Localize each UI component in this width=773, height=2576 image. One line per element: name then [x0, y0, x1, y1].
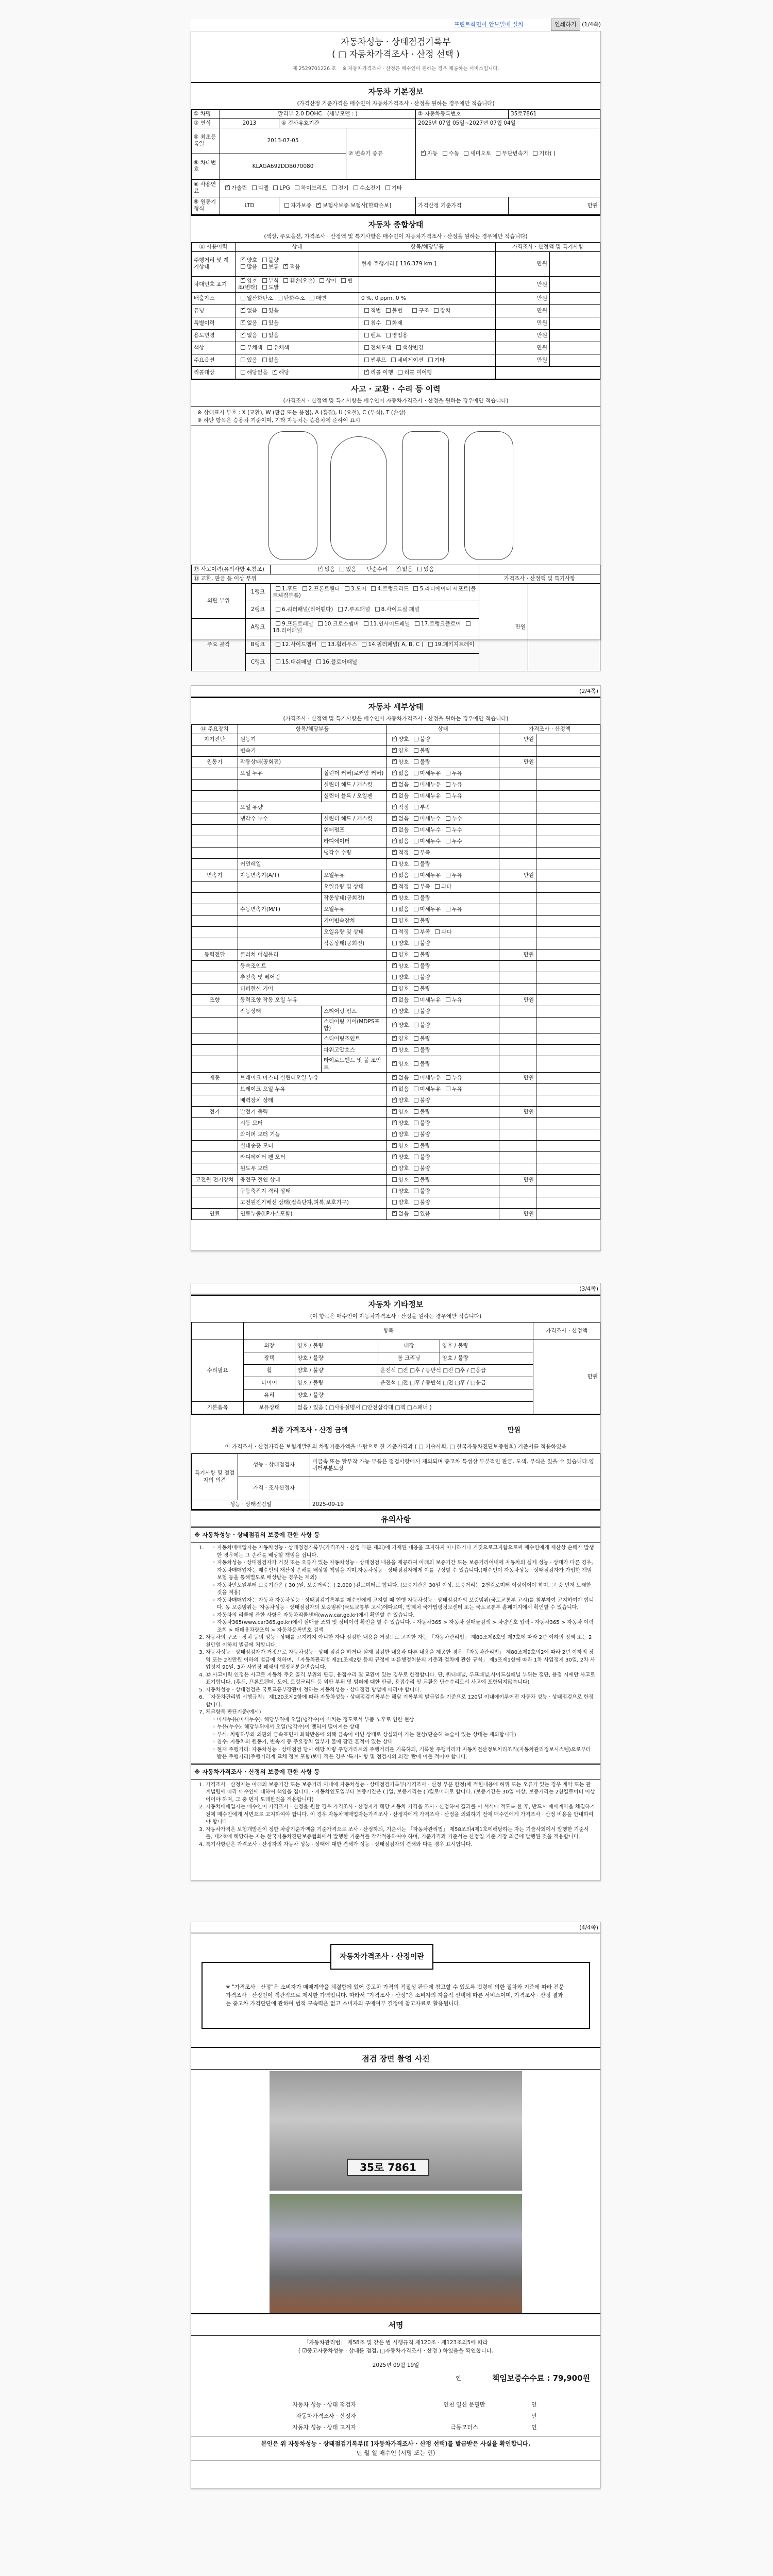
checkbox-label: 불량	[420, 952, 430, 958]
checkbox[interactable]	[310, 296, 314, 300]
item-label: 고전원전기배선 상태(접속단자,피복,보호기구)	[238, 1197, 387, 1208]
checkbox[interactable]	[392, 929, 397, 934]
state-cell: 없음 미세누유 누유	[387, 995, 499, 1006]
checkbox[interactable]	[414, 1166, 418, 1171]
label: ① 차명	[192, 109, 220, 118]
checkbox[interactable]	[262, 285, 267, 290]
checkbox[interactable]	[414, 782, 418, 787]
checkbox[interactable]	[364, 621, 368, 626]
checkbox[interactable]	[446, 997, 450, 1002]
device-label	[192, 814, 238, 825]
checkbox[interactable]	[364, 333, 369, 337]
checkbox[interactable]	[392, 1061, 397, 1066]
price-unit	[499, 768, 536, 779]
checkbox[interactable]	[398, 370, 402, 375]
checkbox[interactable]	[414, 1200, 418, 1205]
label: ③ 연식	[192, 118, 220, 128]
checkbox[interactable]	[392, 748, 397, 753]
checkbox[interactable]	[392, 1155, 397, 1159]
car-top-icon	[330, 436, 387, 560]
checkbox[interactable]	[273, 185, 278, 190]
checkbox[interactable]	[435, 884, 440, 889]
checkbox[interactable]	[414, 1047, 418, 1052]
checkbox[interactable]	[375, 607, 380, 612]
price-unit	[499, 1117, 536, 1129]
checkbox[interactable]	[392, 827, 397, 832]
checkbox[interactable]	[341, 278, 346, 283]
checkbox[interactable]	[414, 1211, 418, 1216]
checkbox-label: 미세누유	[420, 1075, 441, 1081]
checkbox[interactable]	[385, 185, 390, 190]
price-unit	[499, 1197, 536, 1208]
device-label	[192, 1056, 238, 1072]
checkbox[interactable]	[414, 975, 418, 979]
car-side-left-icon	[268, 431, 317, 560]
checkbox[interactable]	[392, 1109, 397, 1114]
checkbox[interactable]	[295, 185, 299, 190]
checkbox-label: 불량	[420, 736, 430, 742]
checkbox[interactable]	[464, 151, 468, 156]
table-row: 구동축전지 격리 상태양호 불량	[192, 1185, 600, 1197]
checkbox[interactable]	[332, 185, 337, 190]
signer-name	[397, 2412, 531, 2420]
checkbox[interactable]	[392, 816, 397, 821]
subitem-label: 스티어링 기어(MDPS포함)	[322, 1018, 387, 1033]
checkbox-label: 양호	[398, 918, 409, 924]
header-cell: ⑪ 사용이력	[192, 242, 236, 251]
checkbox[interactable]	[276, 659, 280, 664]
checkbox[interactable]	[354, 185, 358, 190]
price-unit: 만원	[496, 330, 550, 342]
checkbox[interactable]	[386, 320, 391, 325]
checkbox[interactable]	[443, 151, 447, 156]
state-cell: 적정 부족	[387, 802, 499, 814]
checkbox[interactable]	[446, 771, 450, 775]
checkbox[interactable]	[241, 296, 245, 300]
checkbox[interactable]	[320, 278, 324, 283]
state-cell: 양호 불량	[387, 1163, 499, 1174]
state-cell: 양호 불량	[387, 1018, 499, 1033]
checkbox[interactable]	[283, 278, 288, 283]
checkbox[interactable]	[446, 782, 450, 787]
checkbox[interactable]	[415, 621, 419, 626]
checkbox[interactable]	[392, 805, 397, 809]
checkbox[interactable]	[318, 567, 323, 571]
checkbox[interactable]	[318, 621, 323, 626]
checkbox-label: 기타( )	[539, 150, 556, 157]
checkbox[interactable]	[392, 1132, 397, 1137]
checkbox[interactable]	[446, 1087, 450, 1091]
checkbox-label: 미세누유	[420, 770, 441, 776]
checkbox[interactable]	[392, 861, 397, 866]
state-cell: 없음 있음	[236, 305, 359, 317]
checkbox-label: 보통	[268, 264, 279, 270]
checkbox[interactable]	[392, 850, 397, 855]
checkbox-label: 유채색	[274, 345, 289, 351]
checkbox[interactable]	[446, 873, 450, 877]
checkbox[interactable]	[434, 308, 439, 313]
checkbox[interactable]	[446, 907, 450, 911]
checkbox[interactable]	[446, 827, 450, 832]
price-unit	[499, 1083, 536, 1095]
checkbox-label: 없음	[398, 770, 409, 776]
checkbox-label: 불량	[420, 1199, 430, 1206]
checkbox[interactable]	[392, 918, 397, 923]
checkbox[interactable]	[262, 278, 267, 283]
checkbox[interactable]	[252, 185, 257, 190]
item-label	[238, 779, 322, 791]
checkbox[interactable]	[414, 771, 418, 775]
checkbox[interactable]	[414, 816, 418, 821]
note-item: 자동차의 구조 · 장치 등의 성능 · 상태를 고지하지 아니한 자나 점검한…	[206, 1634, 595, 1649]
checkbox[interactable]	[392, 1036, 397, 1041]
group-label: 주요 골격	[192, 619, 246, 671]
checkbox[interactable]	[421, 151, 426, 156]
table-row: 튜닝없음 있음적법 불법 구조 장치만원	[192, 305, 600, 317]
checkbox-label: 적법	[371, 308, 381, 314]
checkbox-label: 불량	[420, 1154, 430, 1160]
state-cell: 양호 / 불량	[295, 1365, 378, 1377]
subitem-label: 기어변속장치	[322, 916, 387, 927]
checkbox[interactable]	[392, 759, 397, 764]
checkbox[interactable]	[276, 642, 280, 647]
checkbox[interactable]	[414, 759, 418, 764]
price-unit	[499, 1056, 536, 1072]
device-label	[192, 768, 238, 779]
checkbox[interactable]	[414, 929, 418, 934]
checkbox[interactable]	[262, 358, 267, 362]
checkbox[interactable]	[262, 308, 267, 313]
checkbox[interactable]	[414, 918, 418, 923]
checkbox[interactable]	[386, 308, 391, 313]
checkbox[interactable]	[533, 151, 537, 156]
table-row: 라디에이터없음 미세누수 누수	[192, 836, 600, 848]
checkbox-label: 양호	[247, 257, 257, 263]
checkbox[interactable]	[414, 997, 418, 1002]
checkbox[interactable]	[392, 997, 397, 1002]
checkbox[interactable]	[316, 659, 321, 664]
checkbox[interactable]	[414, 1009, 418, 1013]
state-cell: 없음 미세누유 누유	[387, 791, 499, 802]
price-unit: 만원	[496, 354, 550, 367]
checkbox-label: 있음	[268, 320, 279, 326]
checkbox[interactable]	[392, 941, 397, 945]
checkbox[interactable]	[241, 320, 245, 325]
checkbox[interactable]	[392, 1087, 397, 1091]
checkbox[interactable]	[414, 941, 418, 945]
item-cell	[359, 276, 496, 292]
checkbox[interactable]	[392, 907, 397, 911]
row-label: 차대번호 표기	[192, 276, 236, 292]
price-unit	[499, 814, 536, 825]
checkbox[interactable]	[414, 850, 418, 855]
checkbox-label: 기타	[392, 185, 402, 191]
checkbox[interactable]	[414, 1061, 418, 1066]
checkbox[interactable]	[386, 333, 391, 337]
checkbox[interactable]	[392, 1211, 397, 1216]
checkbox[interactable]	[392, 782, 397, 787]
checkbox[interactable]	[435, 929, 440, 934]
checkbox[interactable]	[241, 308, 245, 313]
table-row: 전기발전기 출력양호 불량만원	[192, 1106, 600, 1117]
checkbox[interactable]	[414, 963, 418, 968]
state-cell: 양호 불량	[387, 916, 499, 927]
checkbox[interactable]	[414, 1109, 418, 1114]
note-item: 자동차성능 · 상태점검은 국토교통부장관이 정하는 자동차성능 · 상태점검 …	[206, 1687, 595, 1694]
item-label: 운전석 □전 □후 / 동반석 □전 □후 / □응급	[378, 1365, 533, 1377]
detail-table: ⑭ 주요장치항목/해당부품상태가격조사 · 산정액자기진단원동기양호 불량만원변…	[191, 724, 600, 1220]
checkbox[interactable]	[316, 203, 321, 208]
checkbox[interactable]	[322, 642, 326, 647]
state-cell: 없음 미세누유 누유	[387, 870, 499, 882]
checkbox[interactable]	[364, 370, 369, 375]
checkbox[interactable]	[392, 1075, 397, 1080]
checkbox[interactable]	[414, 1189, 418, 1193]
inspection-date: 2025-09-19	[310, 1500, 600, 1510]
section-title: 서명	[196, 2319, 595, 2330]
price-unit: 만원	[499, 1208, 536, 1219]
checkbox-label: 부족	[420, 850, 430, 856]
checkbox[interactable]	[364, 308, 369, 313]
checkbox[interactable]	[446, 793, 450, 798]
checkbox[interactable]	[428, 642, 433, 647]
checkbox[interactable]	[414, 805, 418, 809]
state-cell: 양호 불량	[387, 745, 499, 757]
checkbox[interactable]	[428, 358, 433, 362]
checkbox-label: 누유	[452, 793, 462, 799]
table-row: 조향동력조향 작동 오일 누유없음 미세누유 누유만원	[192, 995, 600, 1006]
device-label	[192, 825, 238, 836]
checkbox[interactable]	[283, 264, 288, 269]
checkbox[interactable]	[262, 264, 267, 269]
checkbox[interactable]	[446, 816, 450, 821]
checkbox[interactable]	[392, 1200, 397, 1205]
checkbox[interactable]	[273, 370, 277, 375]
label: ⑤ 최초등록일	[192, 128, 220, 154]
device-label	[192, 1197, 238, 1208]
checkbox[interactable]	[392, 1047, 397, 1052]
rank-label: B랭크	[246, 636, 271, 654]
checkbox[interactable]	[392, 963, 397, 968]
checkbox[interactable]	[413, 586, 418, 591]
device-label	[192, 859, 238, 870]
device-label	[192, 745, 238, 757]
checkbox[interactable]	[276, 607, 280, 612]
checkbox[interactable]	[276, 621, 280, 626]
checkbox[interactable]	[241, 264, 245, 269]
checkbox-label: 누유	[452, 1086, 462, 1092]
checkbox[interactable]	[241, 358, 245, 362]
checkbox[interactable]	[392, 884, 397, 889]
checkbox-label: 양호	[398, 1154, 409, 1160]
checkbox[interactable]	[225, 185, 230, 190]
item-label: 자동변속기(A/T)	[238, 870, 322, 882]
checkbox[interactable]	[414, 1155, 418, 1159]
table-row: 배출가스일산화탄소 탄화수소 매연0 %, 0 ppm, 0 %만원	[192, 293, 600, 305]
checkbox[interactable]	[391, 358, 396, 362]
checkbox[interactable]	[392, 975, 397, 979]
checkbox[interactable]	[362, 642, 366, 647]
checkbox[interactable]	[414, 793, 418, 798]
checkbox-label: 양호	[398, 1097, 409, 1104]
item-label: 오일 누유	[238, 768, 322, 779]
checkbox[interactable]	[414, 1177, 418, 1182]
checkbox[interactable]	[414, 1143, 418, 1148]
checkbox[interactable]	[414, 884, 418, 889]
checkbox[interactable]	[241, 278, 245, 283]
checkbox-label: 수동	[449, 150, 459, 157]
checkbox[interactable]	[276, 586, 280, 591]
checkbox[interactable]	[371, 586, 376, 591]
checkbox[interactable]	[392, 1121, 397, 1125]
checkbox[interactable]	[392, 1166, 397, 1171]
checkbox[interactable]	[278, 296, 282, 300]
item-label: 룸 크리닝	[378, 1352, 440, 1365]
checkbox[interactable]	[414, 1087, 418, 1091]
checkbox-label: 있음	[424, 566, 434, 572]
seal-mark: 인	[456, 2374, 461, 2382]
checkbox[interactable]	[414, 1023, 418, 1027]
table-row: 실내송풍 모터양호 불량	[192, 1140, 600, 1151]
note-item: 자동차성능 · 상태점검자가 거짓 또는 오류가 있는 자동차성능 · 상태점검…	[217, 1560, 595, 1582]
price-unit: 만원	[499, 950, 536, 961]
checkbox[interactable]	[345, 586, 349, 591]
price-unit: 만원	[496, 293, 550, 305]
state-cell: 양호 불량많음 보통 적음	[236, 251, 359, 276]
state-cell: 양호 불량	[387, 1006, 499, 1018]
checkbox[interactable]	[262, 320, 267, 325]
checkbox[interactable]	[364, 345, 369, 350]
checkbox[interactable]	[414, 1075, 418, 1080]
table-row: 기어변속장치양호 불량	[192, 916, 600, 927]
checkbox[interactable]	[284, 203, 289, 208]
checkbox-label: 적음	[290, 264, 300, 270]
checkbox[interactable]	[412, 308, 417, 313]
table-row: 등속조인트양호 불량	[192, 961, 600, 972]
checkbox[interactable]	[303, 586, 307, 591]
checkbox[interactable]	[414, 895, 418, 900]
checkbox[interactable]	[414, 839, 418, 843]
checkbox-label: 불량	[420, 963, 430, 969]
overall-table: ⑪ 사용이력상태항목/해당부품가격조사 · 산정액 및 특기사항주행거리 및 계…	[191, 242, 600, 379]
table-row: 스티어링조인트양호 불량	[192, 1033, 600, 1045]
price-unit: 만원	[499, 1106, 536, 1117]
checkbox[interactable]	[414, 1121, 418, 1125]
checkbox[interactable]	[262, 258, 267, 262]
checkbox[interactable]	[241, 345, 245, 350]
checkbox[interactable]	[414, 907, 418, 911]
checkbox[interactable]	[414, 861, 418, 866]
device-label	[192, 904, 238, 916]
table-row: 실린더 블록 / 오일팬없음 미세누유 누유	[192, 791, 600, 802]
checkbox[interactable]	[414, 737, 418, 741]
state-cell: 적정 부족 과다	[387, 882, 499, 893]
install-viewer-link[interactable]: 프린트화면이 안보일때 설치	[454, 21, 524, 28]
item-label: 커먼레일	[238, 859, 387, 870]
signer-row: 자동차가격조사 · 산정자인	[191, 2410, 600, 2421]
device-label	[192, 984, 238, 995]
checkbox[interactable]	[414, 986, 418, 991]
checkbox[interactable]	[392, 895, 397, 900]
checkbox[interactable]	[392, 771, 397, 775]
checkbox-label: 미세누유	[420, 782, 441, 788]
checkbox-label: 불량	[420, 1047, 430, 1053]
note-item: 자동차365(www.car365.go.kr)에서 실매물 조회 및 정비이력…	[217, 1619, 595, 1634]
checkbox[interactable]	[364, 320, 369, 325]
checkbox[interactable]	[364, 358, 369, 362]
checkbox[interactable]	[496, 151, 500, 156]
checkbox[interactable]	[414, 952, 418, 957]
checkbox-label: 없음	[398, 782, 409, 788]
item-label	[238, 1045, 322, 1056]
item-label: 작동상태(공회전)	[238, 757, 387, 768]
checkbox[interactable]	[241, 370, 245, 375]
checkbox[interactable]	[446, 1075, 450, 1080]
item-label: 냉각수 누수	[238, 814, 322, 825]
engine-type: LTD	[220, 197, 279, 214]
law-text: 「자동차관리법」 제58조 및 같은 법 시행규칙 제120조 · 제123조의…	[191, 2339, 600, 2347]
checkbox[interactable]	[414, 748, 418, 753]
checkbox[interactable]	[466, 621, 470, 626]
checkbox[interactable]	[414, 873, 418, 877]
state-cell: 양호 불량	[387, 1185, 499, 1197]
print-button[interactable]: 인쇄하기	[551, 19, 580, 31]
checkbox[interactable]	[414, 1098, 418, 1103]
checkbox[interactable]	[392, 1023, 397, 1027]
checkbox[interactable]	[414, 1036, 418, 1041]
checkbox-label: 불량	[420, 1022, 430, 1028]
checkbox[interactable]	[338, 607, 343, 612]
checkbox[interactable]	[392, 793, 397, 798]
checkbox[interactable]	[241, 333, 245, 337]
checkbox[interactable]	[262, 333, 267, 337]
notes-heading: ※ 자동차가격조사 · 산정의 보증에 관한 사항 등	[191, 1764, 600, 1780]
row-label: 용도변경	[192, 330, 236, 342]
checkbox[interactable]	[396, 567, 400, 571]
price-unit: 만원	[496, 317, 550, 330]
device-label: 조향	[192, 995, 238, 1006]
state-cell: 없음 미세누수 누수	[387, 814, 499, 825]
item-label: 디퍼렌셜 기어	[238, 984, 387, 995]
checkbox-label: 없음	[398, 1086, 409, 1092]
checkbox-label: 양호	[398, 1008, 409, 1014]
checkbox[interactable]	[392, 1143, 397, 1148]
checkbox[interactable]	[267, 345, 272, 350]
price-unit	[499, 802, 536, 814]
checkbox-label: 미세누유	[420, 793, 441, 799]
checkbox-label: 없음	[247, 308, 257, 314]
checkbox[interactable]	[241, 258, 245, 262]
checkbox[interactable]	[414, 827, 418, 832]
checkbox[interactable]	[392, 1189, 397, 1193]
checkbox[interactable]	[392, 737, 397, 741]
checkbox[interactable]	[417, 567, 422, 571]
checkbox[interactable]	[392, 839, 397, 843]
checkbox[interactable]	[446, 839, 450, 843]
checkbox[interactable]	[392, 873, 397, 877]
checkbox[interactable]	[392, 1009, 397, 1013]
checkbox[interactable]	[392, 986, 397, 991]
checkbox[interactable]	[396, 345, 401, 350]
checkbox[interactable]	[392, 1177, 397, 1182]
checkbox[interactable]	[414, 1132, 418, 1137]
checkbox[interactable]	[392, 1098, 397, 1103]
header-cell: ⑭ 주요장치	[192, 725, 238, 734]
checkbox-label: 자동	[427, 150, 438, 157]
checkbox[interactable]	[392, 952, 397, 957]
device-label: 제동	[192, 1072, 238, 1083]
checkbox[interactable]	[340, 567, 344, 571]
